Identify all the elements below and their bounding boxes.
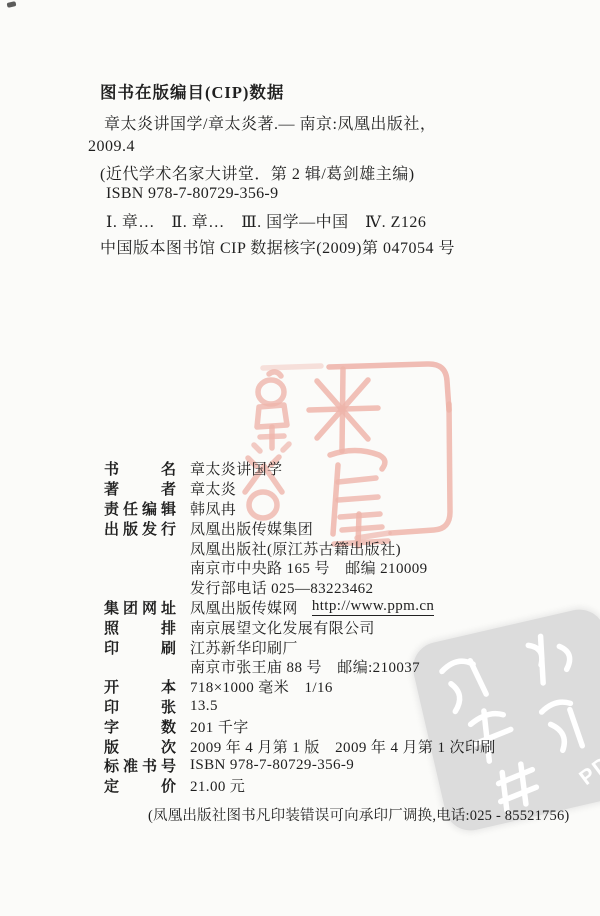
row-editor: 责任编辑 韩凤冉 <box>104 499 569 519</box>
value-publisher: 凤凰出版传媒集团 <box>190 518 313 539</box>
label-price: 定 价 <box>104 775 190 796</box>
row-sheets: 印 张 13.5 <box>104 697 569 717</box>
cip-year-line: 2009.4 <box>88 138 135 156</box>
row-book-title: 书 名 章太炎讲国学 <box>104 459 569 479</box>
row-publisher-cont-1: 凤凰出版社(原江苏古籍出版社) <box>104 538 569 558</box>
label-edition: 版 次 <box>104 736 190 757</box>
value-website-name: 凤凰出版传媒网 <box>190 597 298 618</box>
scan-artifact-speck <box>7 1 17 8</box>
publisher-website-url: http://www.ppm.cn <box>312 598 435 616</box>
misprint-exchange-note: (凤凰出版社图书凡印装错误可向承印厂调换,电话:025 - 85521756) <box>148 804 569 825</box>
label-author: 著 者 <box>104 478 190 499</box>
label-sheets: 印 张 <box>104 696 190 717</box>
row-website: 集团网址 凤凰出版传媒网 http://www.ppm.cn <box>104 598 569 618</box>
row-edition: 版 次 2009 年 4 月第 1 版 2009 年 4 月第 1 次印刷 <box>104 736 569 756</box>
value-typesetting: 南京展望文化发展有限公司 <box>190 617 375 638</box>
row-format: 开 本 718×1000 毫米 1/16 <box>104 677 569 697</box>
row-author: 著 者 章太炎 <box>104 479 569 499</box>
row-printer-cont: 南京市张王庙 88 号 邮编:210037 <box>104 657 569 677</box>
row-publisher-cont-2: 南京市中央路 165 号 邮编 210009 <box>104 558 569 578</box>
value-editor: 韩凤冉 <box>190 498 236 519</box>
row-publisher: 出版发行 凤凰出版传媒集团 <box>104 518 569 538</box>
label-format: 开 本 <box>104 676 190 697</box>
row-publisher-cont-3: 发行部电话 025—83223462 <box>104 578 569 598</box>
row-printer: 印 刷 江苏新华印刷厂 <box>104 637 569 657</box>
label-publisher: 出版发行 <box>104 518 190 539</box>
value-price: 21.00 元 <box>190 775 245 796</box>
label-book-title: 书 名 <box>104 458 190 479</box>
label-printer: 印 刷 <box>104 637 190 658</box>
label-website: 集团网址 <box>104 597 190 618</box>
cip-isbn-line: ISBN 978-7-80729-356-9 <box>106 185 278 203</box>
value-publisher-house: 凤凰出版社(原江苏古籍出版社) <box>190 538 401 559</box>
row-price: 定 价 21.00 元 <box>104 776 569 796</box>
value-printer: 江苏新华印刷厂 <box>190 637 298 658</box>
value-format: 718×1000 毫米 1/16 <box>190 676 333 697</box>
label-typesetting: 照 排 <box>104 617 190 638</box>
value-sheets: 13.5 <box>190 698 218 715</box>
book-copyright-page: 图书在版编目(CIP)数据 章太炎讲国学/章太炎著.— 南京:凤凰出版社， 20… <box>0 0 600 916</box>
row-typesetting: 照 排 南京展望文化发展有限公司 <box>104 617 569 637</box>
value-distribution-phone: 发行部电话 025—83223462 <box>190 577 373 598</box>
cip-header: 图书在版编目(CIP)数据 <box>100 79 284 103</box>
label-editor: 责任编辑 <box>104 498 190 519</box>
value-standard-isbn: ISBN 978-7-80729-356-9 <box>190 757 354 774</box>
value-publisher-address: 南京市中央路 165 号 邮编 210009 <box>190 557 428 578</box>
value-edition: 2009 年 4 月第 1 版 2009 年 4 月第 1 次印刷 <box>190 736 496 757</box>
row-standard-isbn: 标准书号 ISBN 978-7-80729-356-9 <box>104 756 569 776</box>
cip-classification-line: Ⅰ. 章… Ⅱ. 章… Ⅲ. 国学—中国 Ⅳ. Z126 <box>106 209 426 232</box>
cip-series-line: (近代学术名家大讲堂．第 2 辑/葛剑雄主编) <box>100 161 415 184</box>
value-word-count: 201 千字 <box>190 716 249 737</box>
value-printer-address: 南京市张王庙 88 号 邮编:210037 <box>190 656 420 677</box>
label-standard-isbn: 标准书号 <box>104 755 190 776</box>
value-book-title: 章太炎讲国学 <box>190 458 282 479</box>
value-author: 章太炎 <box>190 478 236 499</box>
row-word-count: 字 数 201 千字 <box>104 716 569 736</box>
colophon-table: 书 名 章太炎讲国学 著 者 章太炎 责任编辑 韩凤冉 出版发行 凤凰出版传媒集… <box>104 459 569 825</box>
label-word-count: 字 数 <box>104 716 190 737</box>
cip-registry-line: 中国版本图书馆 CIP 数据核字(2009)第 047054 号 <box>100 235 455 258</box>
cip-title-line: 章太炎讲国学/章太炎著.— 南京:凤凰出版社， <box>104 111 436 134</box>
